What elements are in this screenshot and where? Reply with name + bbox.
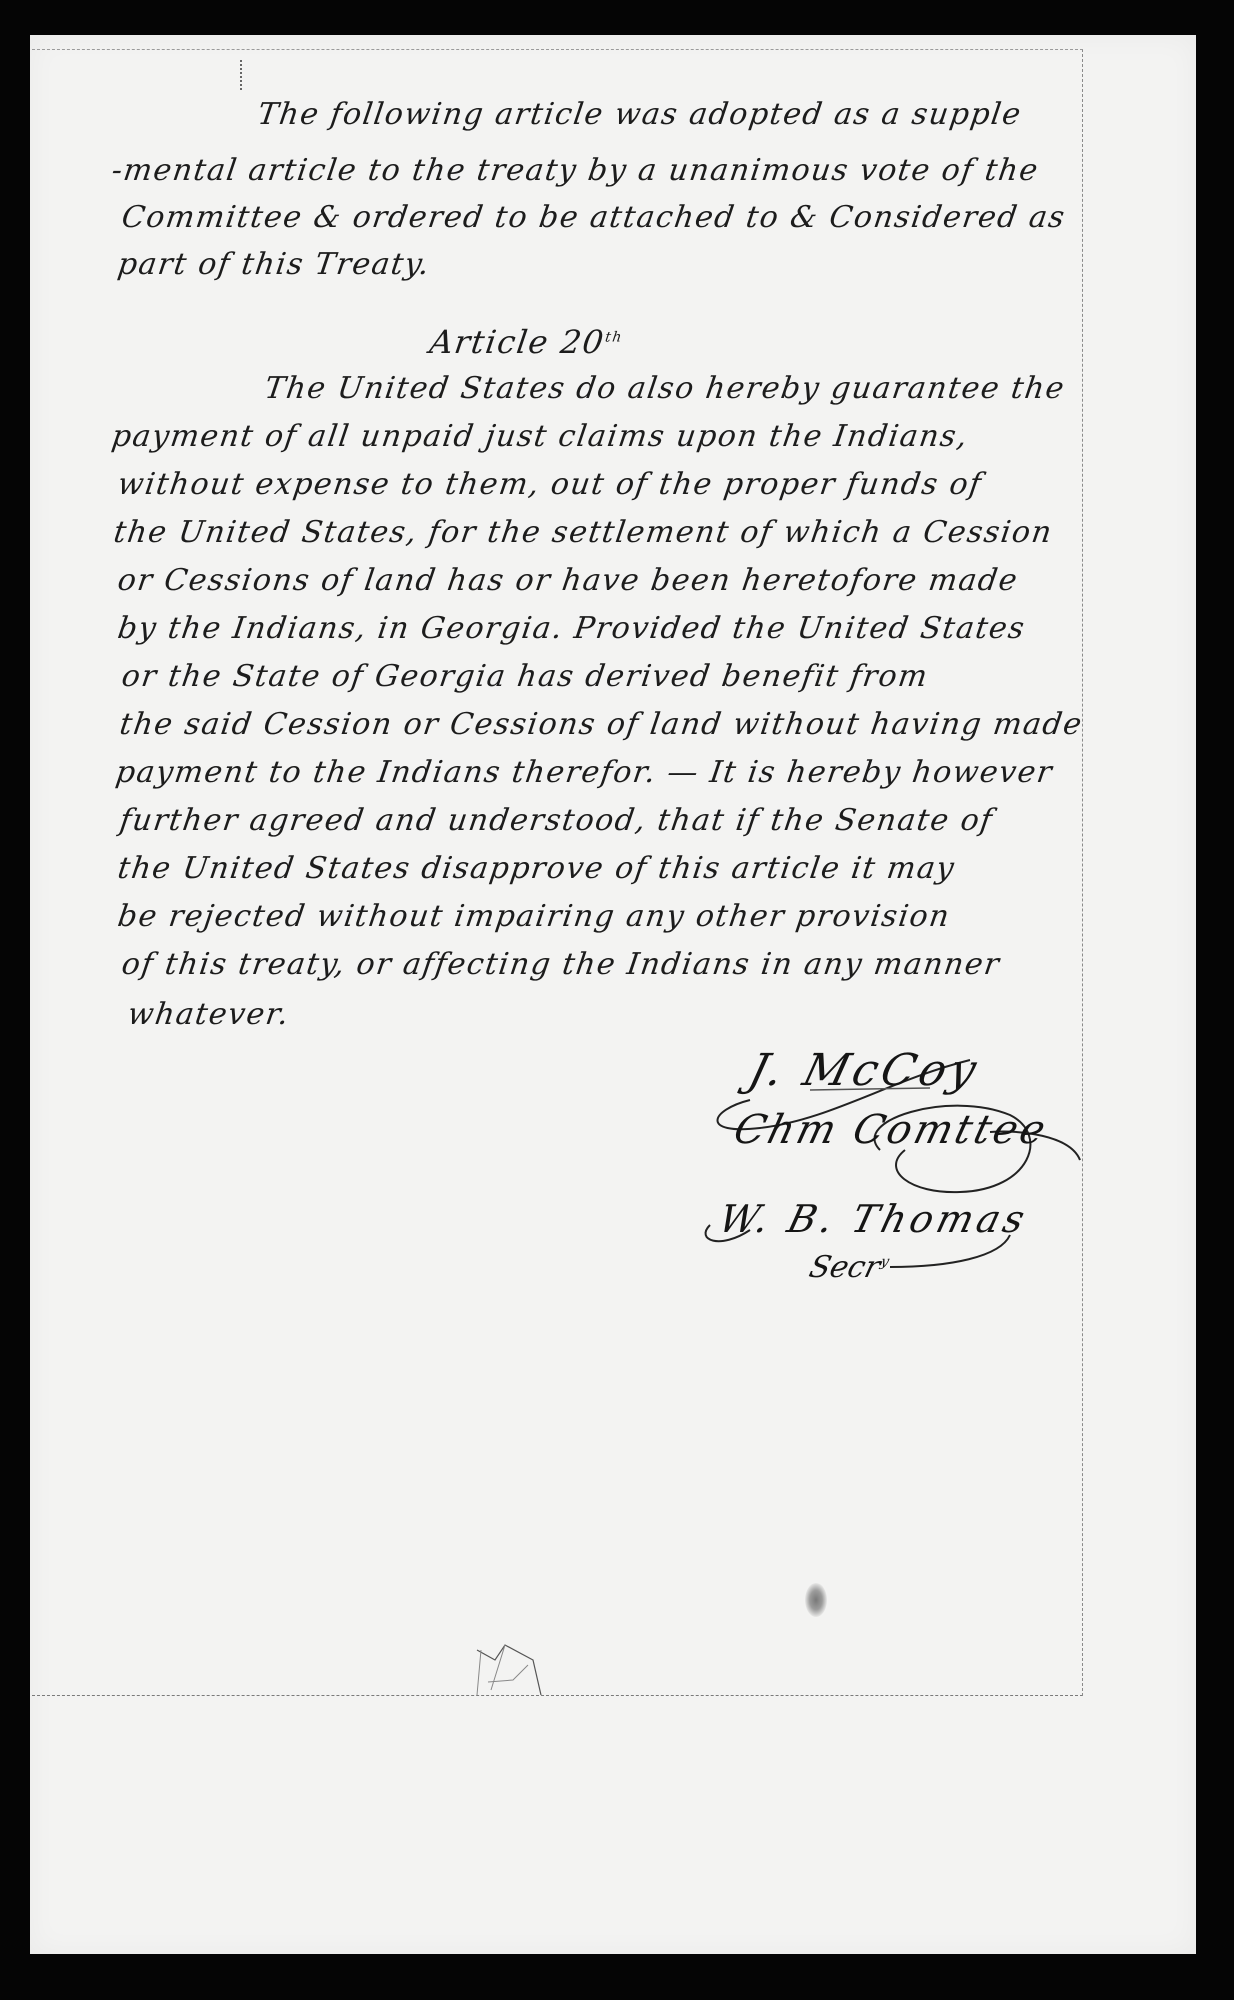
- body-line-2: payment of all unpaid just claims upon t…: [110, 419, 971, 454]
- body-line-13: of this treaty, or affecting the Indians…: [120, 947, 1003, 982]
- body-line-4: the United States, for the settlement of…: [112, 515, 1055, 550]
- article-heading-sup: th: [604, 329, 624, 345]
- body-line-3: without expense to them, out of the prop…: [116, 467, 985, 502]
- article-heading-text: Article 20: [427, 323, 607, 361]
- intro-line-3: Committee & ordered to be attached to & …: [120, 200, 1068, 235]
- secretary-signature-name: W. B. Thomas: [715, 1197, 1034, 1241]
- body-line-8: the said Cession or Cessions of land wit…: [118, 707, 1086, 742]
- body-line-5: or Cessions of land has or have been her…: [116, 563, 1021, 598]
- intro-line-1: The following article was adopted as a s…: [256, 97, 1024, 132]
- body-line-7: or the State of Georgia has derived bene…: [120, 659, 931, 694]
- intro-line-4: part of this Treaty.: [116, 247, 433, 282]
- body-line-14: whatever.: [126, 997, 292, 1032]
- secretary-title-text: Secr: [806, 1250, 884, 1285]
- body-line-6: by the Indians, in Georgia. Provided the…: [116, 611, 1028, 646]
- body-line-10: further agreed and understood, that if t…: [118, 803, 996, 838]
- sketch-mark: [473, 1640, 543, 1700]
- chairman-signature-title: Chm Comttee: [729, 1107, 1053, 1153]
- body-line-11: the United States disapprove of this art…: [116, 851, 958, 886]
- body-line-9: payment to the Indians therefor. — It is…: [114, 755, 1056, 790]
- stray-marks: [240, 60, 244, 90]
- body-line-1: The United States do also hereby guarant…: [263, 371, 1068, 406]
- article-heading: Article 20th: [427, 323, 624, 361]
- body-line-12: be rejected without impairing any other …: [116, 899, 953, 934]
- ink-smudge: [805, 1583, 827, 1617]
- chairman-signature-name: J. McCoy: [744, 1045, 986, 1096]
- secretary-signature-title: Secry: [806, 1250, 892, 1285]
- document-paper: The following article was adopted as a s…: [30, 35, 1196, 1954]
- intro-line-2: -mental article to the treaty by a unani…: [110, 153, 1042, 188]
